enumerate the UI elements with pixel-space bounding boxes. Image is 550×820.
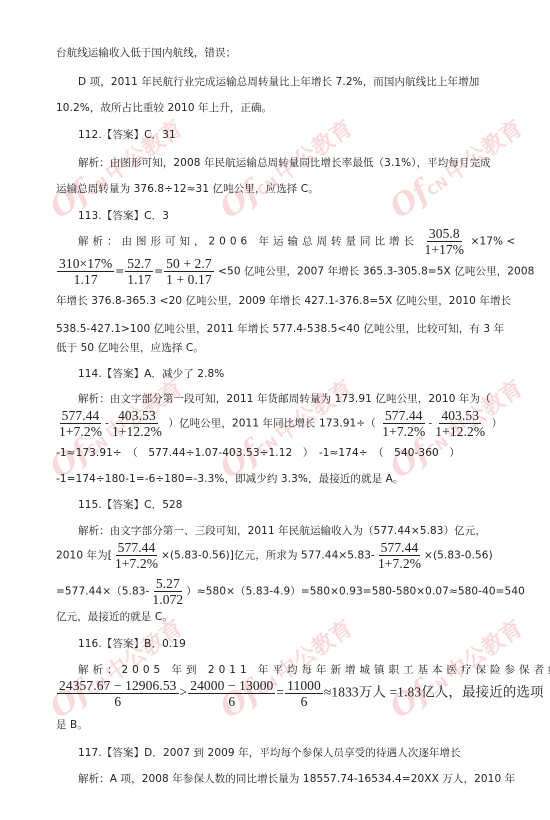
text-line: =577.44×（5.83-5.271.072）≈580×（5.83-4.9）=… [56, 576, 525, 607]
text-line: 解析：2005 年到 2011 年平均每年新增城镇职工基本医疗保险参保者约为 [78, 662, 550, 677]
text-line: 年增长 376.8-365.3 <20 亿吨公里，2009 年增长 427.1-… [56, 293, 511, 308]
answer-115: 115.【答案】C．528 [78, 497, 183, 512]
text-line: 24357.67 − 12906.536>24000 − 130006=1100… [56, 678, 544, 709]
text-line: 538.5-427.1>100 亿吨公里，2011 年增长 577.4-538.… [56, 321, 504, 336]
answer-117: 117.【答案】D．2007 到 2009 年，平均每个参保人员享受的待遇人次逐… [78, 745, 461, 760]
text-line: 是 B。 [56, 717, 88, 732]
fraction: 305.81+17% [423, 226, 467, 257]
text-line: 解析：由图形可知，2008 年民航运输总周转量同比增长率最低（3.1%），平均每… [78, 155, 491, 170]
text-line: D 项，2011 年民航行业完成运输总周转量比上年增长 7.2%，而国内航线比上… [78, 74, 479, 89]
text-line: 解析：A 项，2008 年参保人数的同比增长量为 18557.74-16534.… [78, 771, 515, 786]
answer-112: 112.【答案】C．31 [78, 127, 176, 142]
text-line: 577.441+7.2%-403.531+12.2% ）亿吨公里，2011 年同… [56, 408, 502, 439]
text-line: -1≈173.91÷ （ 577.44÷1.07-403.53÷1.12 ） -… [56, 445, 460, 460]
answer-116: 116.【答案】B．0.19 [78, 636, 186, 651]
text-line: 台航线运输收入低于国内航线，错误； [56, 45, 236, 60]
text-line: 解析：由文字部分第一段可知，2011 年货邮周转量为 173.91 亿吨公里，2… [78, 391, 491, 406]
text-line: 解析：由图形可知，2006 年运输总周转量同比增长 305.81+17% ×17… [78, 226, 515, 257]
text-line: 2010 年为[577.441+7.2%×(5.83-0.56)]亿元，所求为 … [56, 540, 493, 571]
text-line: 310×17%1.17=52.71.17=50 + 2.71 + 0.17 <5… [56, 256, 534, 287]
text-line: 运输总周转量为 376.8÷12≈31 亿吨公里，应选择 C。 [56, 181, 319, 196]
text-line: -1=174÷180-1=-6÷180=-3.3%，即减少约 3.3%，最接近的… [56, 471, 404, 486]
answer-114: 114.【答案】A．减少了 2.8% [78, 366, 224, 381]
text-line: 亿元，最接近的就是 C。 [56, 609, 173, 624]
text-line: 低于 50 亿吨公里，应选择 C。 [56, 340, 204, 355]
text-line: 解析：由文字部分第一、三段可知，2011 年民航运输收入为（577.44×5.8… [78, 523, 486, 538]
text-line: 10.2%，故所占比重较 2010 年上升，正确。 [56, 100, 272, 115]
answer-113: 113.【答案】C．3 [78, 208, 169, 223]
